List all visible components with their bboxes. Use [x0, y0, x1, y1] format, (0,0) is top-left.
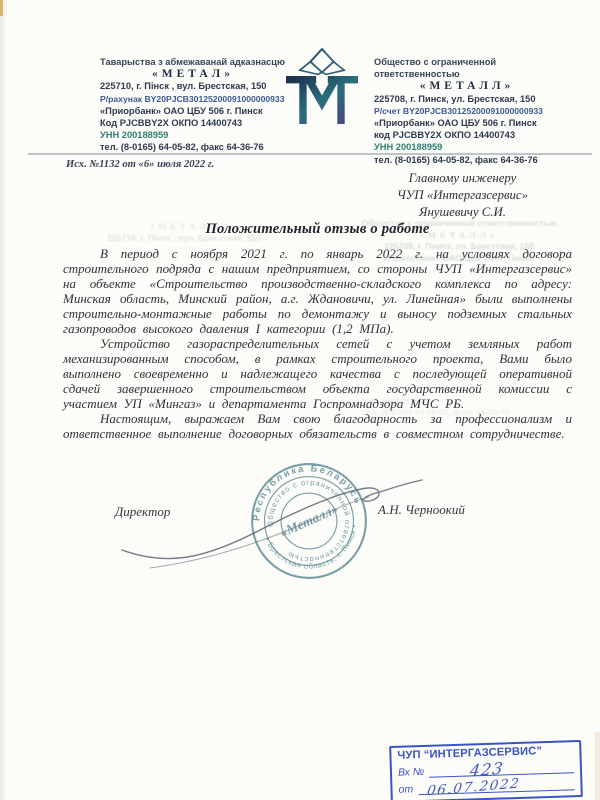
letterhead-right-account: Р/счет BY20PJCB30125200091000000933 [374, 105, 560, 117]
letterhead-right-company-name: «МЕТАЛЛ» [374, 80, 560, 92]
addressee-person: Янушевичу С.И. [335, 204, 590, 221]
addressee-block: Главному инженеру ЧУП «Интергазсервис» Я… [335, 170, 590, 220]
scan-corner-artifact [0, 0, 3, 16]
body-paragraph-2: Устройство газораспределительных сетей с… [63, 336, 572, 411]
letterhead-right-unn: УНН 200188959 [374, 141, 560, 153]
letterhead-right: Общество с ограниченной ответственностью… [374, 56, 560, 166]
handwritten-signature [110, 452, 482, 604]
letterhead-left-codes: Код PJCBBY2X ОКПО 14400743 [100, 117, 286, 129]
letterhead-right-address: 225708, г. Пинск, ул. Брестская, 150 [374, 93, 560, 105]
letterhead-right-org-type: Общество с ограниченной ответственностью [374, 56, 560, 80]
addressee-position: Главному инженеру [335, 170, 590, 187]
scan-edge-artifact-right [595, 732, 600, 800]
scanned-letter-page: Таварыства з абмежаванай адказнасцю «МЕТ… [0, 0, 600, 800]
addressee-company: ЧУП «Интергазсервис» [335, 187, 590, 204]
incoming-number-label: Вх № [398, 766, 430, 779]
incoming-date-line: 06.07.2022 [418, 773, 575, 795]
incoming-date-label: от [398, 783, 418, 796]
letterhead-left-org-type: Таварыства з абмежаванай адказнасцю [100, 56, 286, 68]
letterhead-left-address: 225710, г. Пінск , вул. Брестская, 150 [100, 80, 286, 92]
letterhead-right-codes: код PJCBBY2X ОКПО 14400743 [374, 129, 560, 141]
letterhead-left-unn: УНН 200188959 [100, 129, 286, 141]
letterhead-left: Таварыства з абмежаванай адказнасцю «МЕТ… [100, 56, 286, 154]
metall-monogram-icon [286, 48, 358, 124]
letterhead-left-company-name: «МЕТАЛ» [100, 68, 286, 80]
letter-title: Положительный отзыв о работе [63, 221, 572, 238]
letterhead-left-phone: тел. (8-0165) 64-05-82, факс 64-36-76 [100, 141, 286, 153]
reference-line: Исх. №1132 от «6» июля 2022 г. [66, 159, 214, 170]
letterhead-divider [28, 153, 592, 155]
body-paragraph-1: В период с ноября 2021 г. по январь 2022… [63, 246, 572, 336]
incoming-registration-stamp: ЧУП “ИНТЕРГАЗСЕРВИС” Вх № 423 от 06.07.2… [389, 740, 583, 800]
body-paragraph-3: Настоящим, выражаем Вам свою благодарнос… [63, 411, 572, 441]
letterhead-right-phone: тел. (8-0165) 64-05-82, факс 64-36-76 [374, 154, 560, 166]
letterhead-left-bank: «Приорбанк» ОАО ЦБУ 506 г. Пинск [100, 105, 286, 117]
incoming-date-handwritten: 06.07.2022 [426, 775, 521, 799]
metall-logo [286, 48, 358, 124]
scan-edge-shadow-left [0, 0, 7, 800]
incoming-date-row: от 06.07.2022 [398, 774, 574, 796]
letterhead-left-account: Р/рахунак BY20PJCB30125200091000000933 [100, 93, 286, 105]
letter-body: В период с ноября 2021 г. по январь 2022… [63, 246, 572, 441]
letterhead-right-bank: «Приорбанк» ОАО ЦБУ 506 г. Пинск [374, 117, 560, 129]
